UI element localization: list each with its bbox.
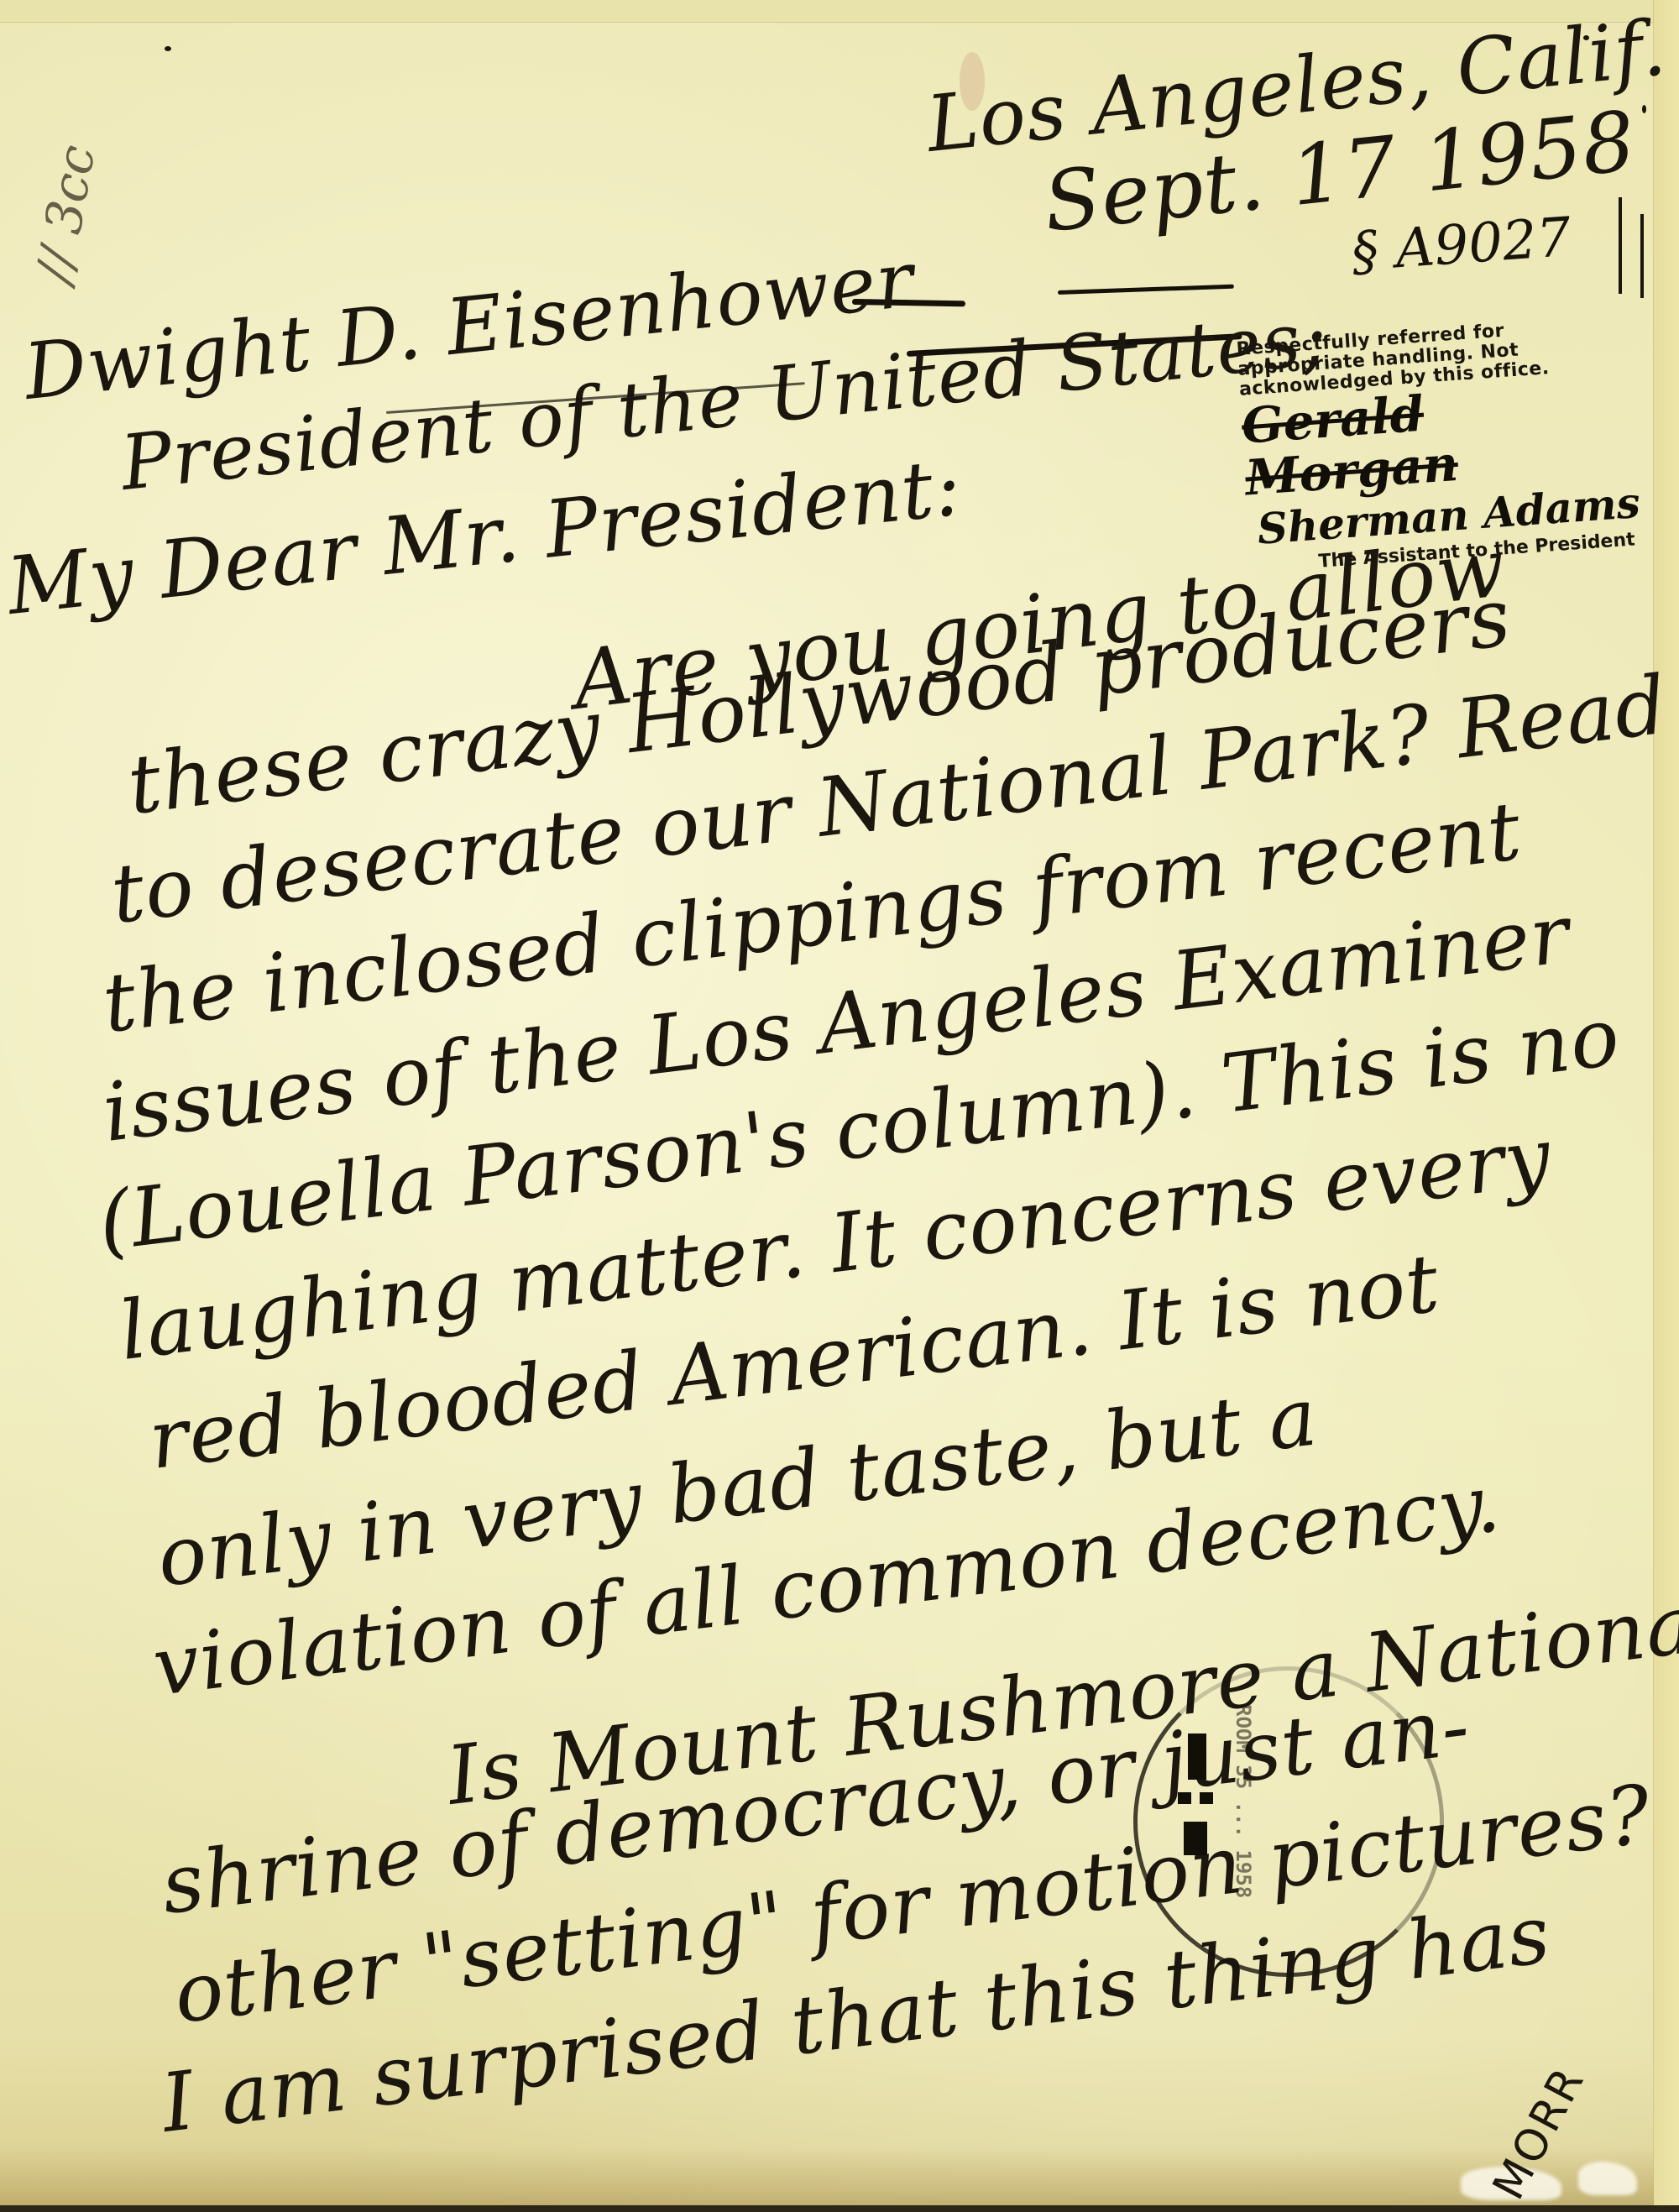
file-number: § A9027 xyxy=(1350,207,1573,284)
paper-speck xyxy=(1642,105,1646,113)
referral-stamp: Respectfully referred for appropriate ha… xyxy=(1236,312,1655,578)
water-stain xyxy=(0,2147,1654,2205)
letter-page: // 3cc Los Angeles, Calif. Sept. 17 1958… xyxy=(0,0,1679,2212)
scan-frame-bottom xyxy=(0,2205,1679,2212)
scan-frame-right xyxy=(1653,0,1679,2212)
paper-speck xyxy=(165,46,171,51)
strike-mark xyxy=(1058,285,1234,295)
scan-frame-top xyxy=(0,0,1679,23)
postmark-text: ROOM 35 ... 1958 xyxy=(1232,1704,1255,1898)
postmark-mark xyxy=(1200,1792,1213,1804)
margin-note-top-left: // 3cc xyxy=(25,141,107,288)
postmark-mark xyxy=(1188,1734,1206,1780)
paper-speck xyxy=(1583,35,1589,40)
postmark-mark xyxy=(1178,1792,1191,1804)
postmark-mark xyxy=(1184,1822,1207,1855)
margin-tick-marks xyxy=(1619,197,1647,294)
postmark-stamp: ROOM 35 ... 1958 xyxy=(1133,1666,1444,1977)
